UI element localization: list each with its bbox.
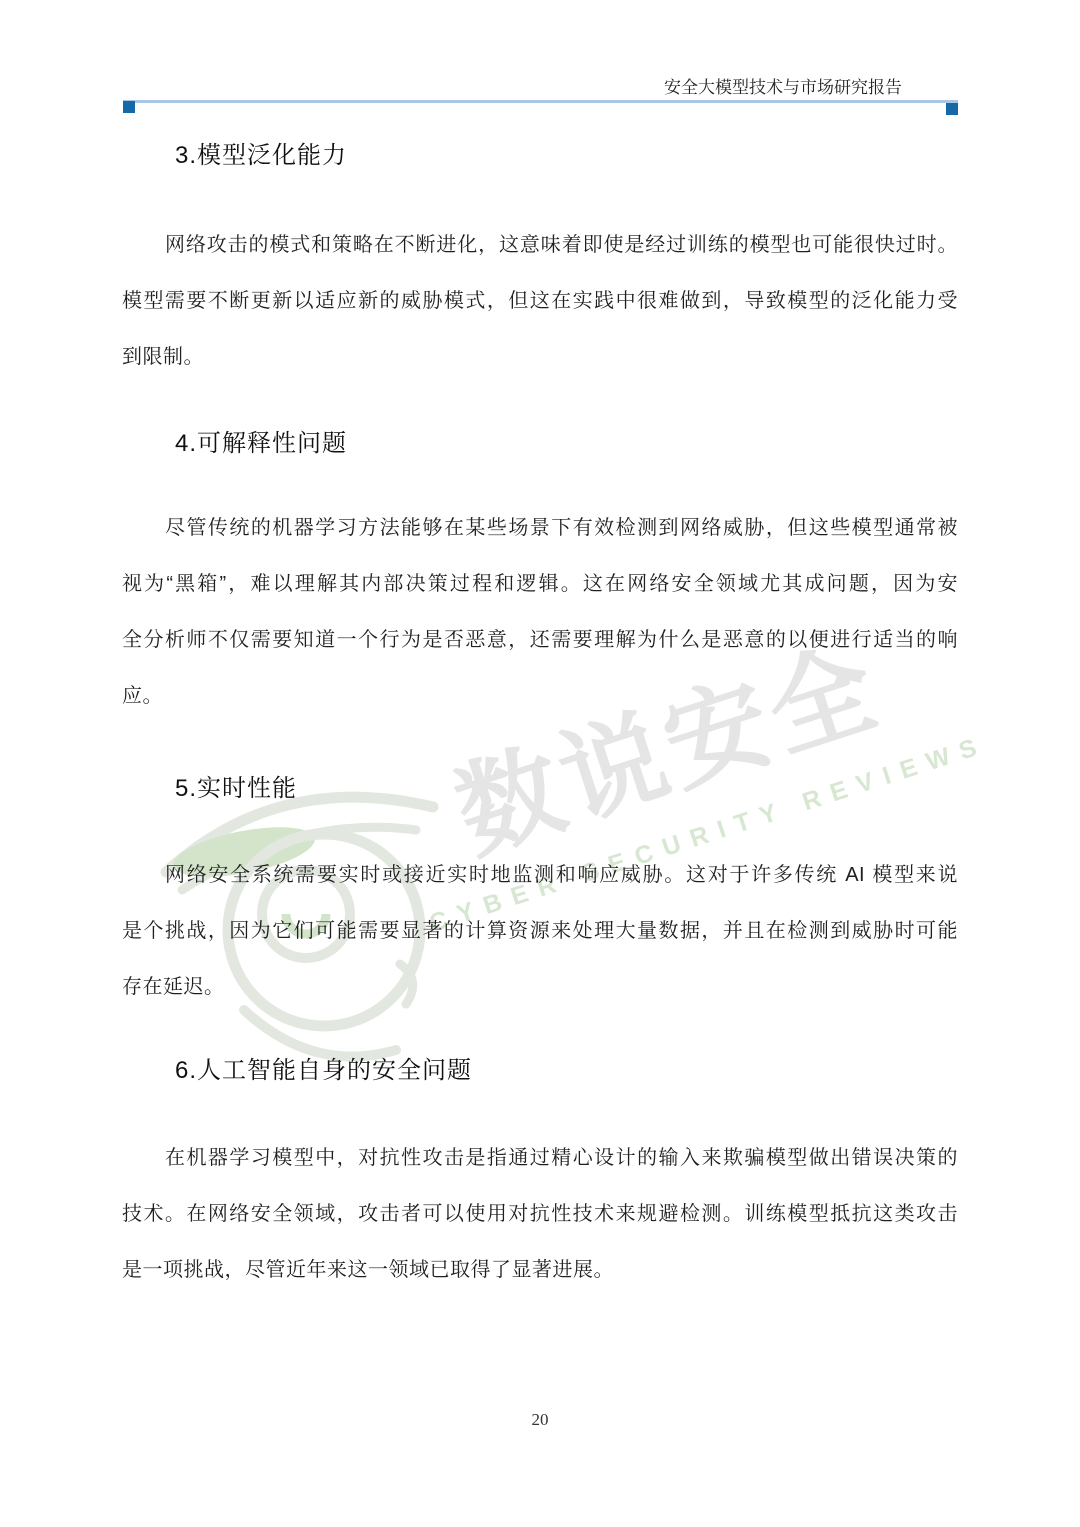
paragraph-line: 存在延迟。: [122, 959, 958, 1015]
paragraph-line: 全分析师不仅需要知道一个行为是否恶意，还需要理解为什么是恶意的以便进行适当的响: [122, 612, 958, 668]
paragraph-line: 在机器学习模型中，对抗性攻击是指通过精心设计的输入来欺骗模型做出错误决策的: [122, 1130, 958, 1186]
paragraph-line: 到限制。: [122, 329, 958, 385]
section-heading-5: 5.实时性能: [175, 774, 297, 804]
paragraph-line: 视为“黑箱”，难以理解其内部决策过程和逻辑。这在网络安全领域尤其成问题，因为安: [122, 556, 958, 612]
paragraph: 在机器学习模型中，对抗性攻击是指通过精心设计的输入来欺骗模型做出错误决策的 技术…: [122, 1130, 958, 1298]
header-accent-square-left: [123, 101, 135, 113]
report-page: 安全大模型技术与市场研究报告 3.模型泛化能力 网络攻击的模式和策略在不断进化，…: [0, 0, 1080, 1527]
header-rule: [123, 100, 958, 103]
paragraph-line: 应。: [122, 668, 958, 724]
paragraph-line: 尽管传统的机器学习方法能够在某些场景下有效检测到网络威胁，但这些模型通常被: [122, 500, 958, 556]
paragraph: 网络安全系统需要实时或接近实时地监测和响应威胁。这对于许多传统 AI 模型来说 …: [122, 847, 958, 1015]
section-heading-4: 4.可解释性问题: [175, 429, 347, 459]
paragraph: 网络攻击的模式和策略在不断进化，这意味着即使是经过训练的模型也可能很快过时。 模…: [122, 217, 958, 385]
paragraph-line: 网络攻击的模式和策略在不断进化，这意味着即使是经过训练的模型也可能很快过时。: [122, 217, 958, 273]
section-heading-6: 6.人工智能自身的安全问题: [175, 1056, 472, 1086]
section-heading-3: 3.模型泛化能力: [175, 141, 347, 171]
paragraph: 尽管传统的机器学习方法能够在某些场景下有效检测到网络威胁，但这些模型通常被 视为…: [122, 500, 958, 724]
page-header-title: 安全大模型技术与市场研究报告: [664, 78, 902, 98]
page-number: 20: [0, 1410, 1080, 1430]
paragraph-line: 模型需要不断更新以适应新的威胁模式，但这在实践中很难做到，导致模型的泛化能力受: [122, 273, 958, 329]
paragraph-line: 网络安全系统需要实时或接近实时地监测和响应威胁。这对于许多传统 AI 模型来说: [122, 847, 958, 903]
paragraph-line: 是一项挑战，尽管近年来这一领域已取得了显著进展。: [122, 1242, 958, 1298]
paragraph-line: 是个挑战，因为它们可能需要显著的计算资源来处理大量数据，并且在检测到威胁时可能: [122, 903, 958, 959]
header-accent-square-right: [946, 103, 958, 115]
paragraph-line: 技术。在网络安全领域，攻击者可以使用对抗性技术来规避检测。训练模型抵抗这类攻击: [122, 1186, 958, 1242]
